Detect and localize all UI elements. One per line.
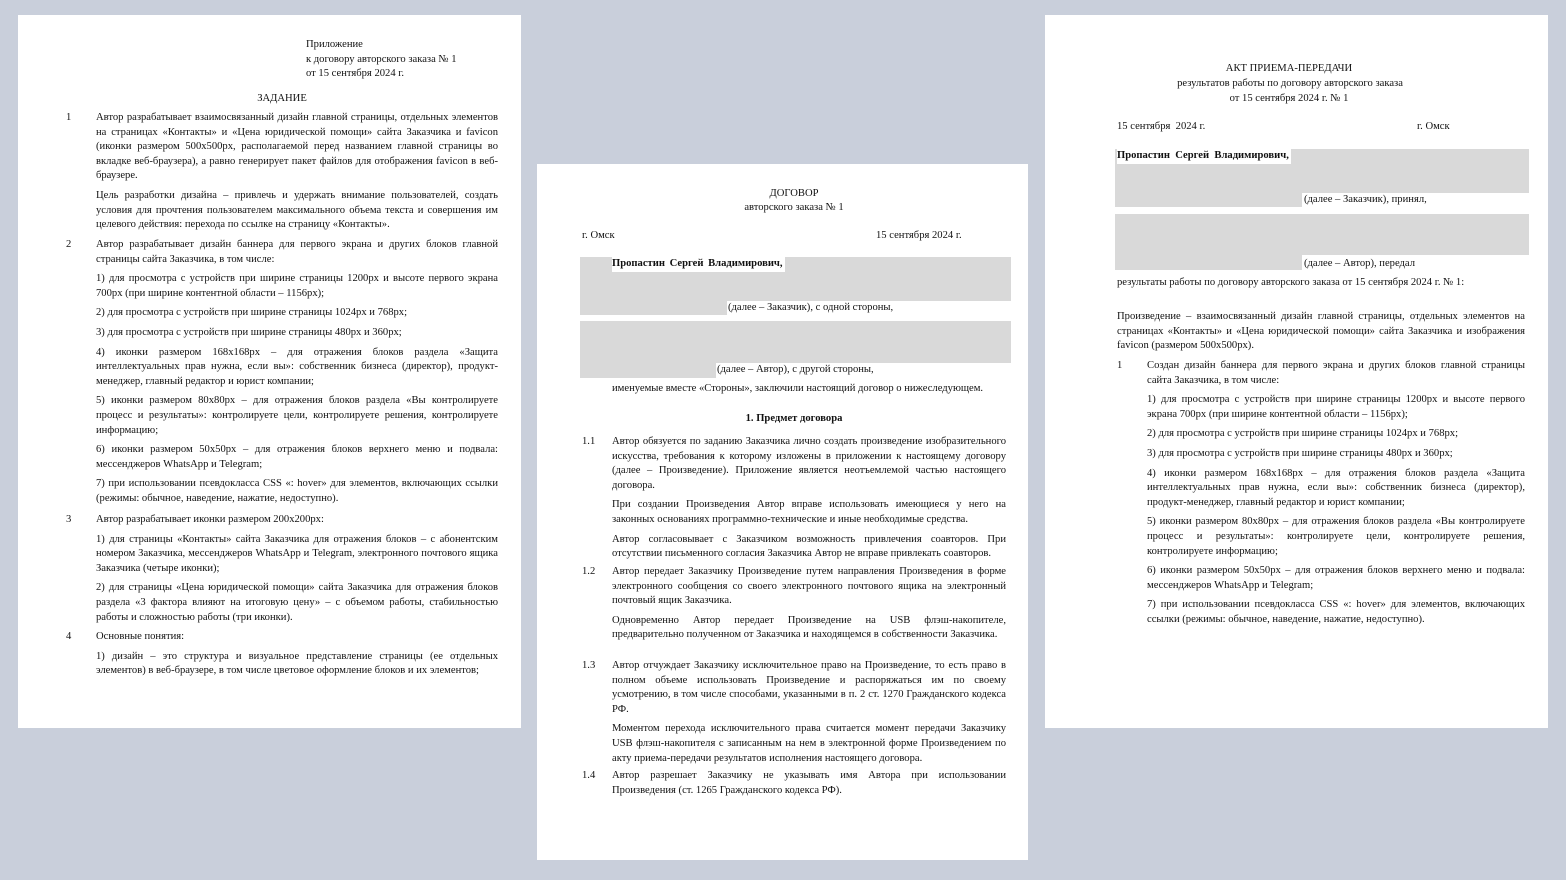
item-paragraph: Автор разрешает Заказчику не указывать и… xyxy=(612,769,1006,798)
contract-city: г. Омск xyxy=(582,229,615,244)
document-page-contract: ДОГОВОР авторского заказа № 1 г. Омск 15… xyxy=(537,164,1028,860)
contract-subtitle: авторского заказа № 1 xyxy=(537,201,1051,216)
item-paragraph: Автор отчуждает Заказчику исключительное… xyxy=(612,659,1006,717)
author-suffix: (далее – Автор), передал xyxy=(1304,257,1415,272)
contract-title: ДОГОВОР xyxy=(537,187,1051,202)
act-city: г. Омск xyxy=(1417,120,1450,135)
act-subtitle-line: от 15 сентября 2024 г. № 1 xyxy=(1045,92,1533,107)
item-paragraph: 2) для просмотра с устройств при ширине … xyxy=(1147,427,1525,442)
item-paragraph: Цель разработки дизайна – привлечь и уде… xyxy=(96,189,498,233)
act-subtitle-line: результатов работы по договору авторског… xyxy=(1045,77,1535,92)
item-paragraph: 5) иконки размером 80х80рх – для отражен… xyxy=(96,394,498,438)
item-number: 1.4 xyxy=(582,769,595,784)
redacted-block xyxy=(580,363,716,378)
item-paragraph: 1) для просмотра с устройств при ширине … xyxy=(1147,393,1525,422)
work-description: Произведение – взаимосвязанный дизайн гл… xyxy=(1117,310,1525,354)
item-paragraph: 3) для просмотра с устройств при ширине … xyxy=(1147,447,1525,462)
redacted-block xyxy=(1115,214,1529,255)
item-paragraph: 1) дизайн – это структура и визуальное п… xyxy=(96,650,498,679)
redacted-block xyxy=(580,321,1011,363)
section-title: 1. Предмет договора xyxy=(537,412,1051,427)
item-paragraph: Автор разрабатывает иконки размером 200х… xyxy=(96,513,498,528)
item-paragraph: Автор разрабатывает взаимосвязанный диза… xyxy=(96,111,498,184)
appendix-header-line: от 15 сентября 2024 г. xyxy=(306,67,457,82)
item-paragraph: Автор передает Заказчику Произведение пу… xyxy=(612,565,1006,609)
item-paragraph: 6) иконки размером 50х50рх – для отражен… xyxy=(96,443,498,472)
appendix-header-line: к договору авторского заказа № 1 xyxy=(306,53,457,68)
item-paragraph: 5) иконки размером 80х80рх – для отражен… xyxy=(1147,515,1525,559)
contract-date: 15 сентября 2024 г. xyxy=(876,229,962,244)
assignment-title: ЗАДАНИЕ xyxy=(18,92,546,107)
item-paragraph: 2) для просмотра с устройств при ширине … xyxy=(96,306,498,321)
results-line: результаты работы по договору авторского… xyxy=(1117,276,1464,291)
item-paragraph: 7) при использовании псевдокласса CSS «:… xyxy=(1147,598,1525,627)
appendix-header: Приложение к договору авторского заказа … xyxy=(306,38,457,82)
item-number: 4 xyxy=(66,630,71,645)
item-number: 2 xyxy=(66,238,71,253)
item-paragraph: 1) для просмотра с устройств при ширине … xyxy=(96,272,498,301)
item-paragraph: 4) иконки размером 168х168рх – для отраж… xyxy=(96,346,498,390)
item-paragraph: Моментом перехода исключительного права … xyxy=(612,722,1006,766)
item-paragraph: Автор согласовывает с Заказчиком возможн… xyxy=(612,533,1006,562)
item-paragraph: Автор обязуется по заданию Заказчика лич… xyxy=(612,435,1006,493)
item-paragraph: Одновременно Автор передает Произведение… xyxy=(612,614,1006,643)
item-number: 1.2 xyxy=(582,565,595,580)
item-number: 1 xyxy=(1117,359,1122,374)
party-name: Пропастин Сергей Владимирович, xyxy=(1117,149,1291,164)
item-paragraph: 4) иконки размером 168х168рх – для отраж… xyxy=(1147,467,1525,511)
item-paragraph: Автор разрабатывает дизайн баннера для п… xyxy=(96,238,498,267)
customer-suffix: (далее – Заказчик), принял, xyxy=(1304,193,1427,208)
party-name: Пропастин Сергей Владимирович, xyxy=(612,257,785,272)
item-paragraph: 1) для страницы «Контакты» сайта Заказчи… xyxy=(96,533,498,577)
act-date: 15 сентября 2024 г. xyxy=(1117,120,1205,135)
item-number: 1 xyxy=(66,111,71,126)
item-number: 1.3 xyxy=(582,659,595,674)
redacted-block xyxy=(1115,255,1302,270)
item-number: 3 xyxy=(66,513,71,528)
document-page-acceptance-act: АКТ ПРИЕМА-ПЕРЕДАЧИ результатов работы п… xyxy=(1045,15,1548,728)
item-paragraph: Создан дизайн баннера для первого экрана… xyxy=(1147,359,1525,388)
item-number: 1.1 xyxy=(582,435,595,450)
item-paragraph: 6) иконки размером 50х50рх – для отражен… xyxy=(1147,564,1525,593)
act-title: АКТ ПРИЕМА-ПЕРЕДАЧИ xyxy=(1045,62,1533,77)
parties-clause: именуемые вместе «Стороны», заключили на… xyxy=(612,382,983,397)
customer-suffix: (далее – Заказчик), с одной стороны, xyxy=(728,301,893,316)
document-page-assignment: Приложение к договору авторского заказа … xyxy=(18,15,521,728)
item-paragraph: 2) для страницы «Цена юридической помощи… xyxy=(96,581,498,625)
author-suffix: (далее – Автор), с другой стороны, xyxy=(717,363,874,378)
item-paragraph: При создании Произведения Автор вправе и… xyxy=(612,498,1006,527)
redacted-block xyxy=(580,301,727,315)
appendix-header-line: Приложение xyxy=(306,38,457,53)
item-paragraph: Основные понятия: xyxy=(96,630,498,645)
item-paragraph: 7) при использовании псевдокласса CSS «:… xyxy=(96,477,498,506)
redacted-block xyxy=(1115,193,1302,207)
item-paragraph: 3) для просмотра с устройств при ширине … xyxy=(96,326,498,341)
